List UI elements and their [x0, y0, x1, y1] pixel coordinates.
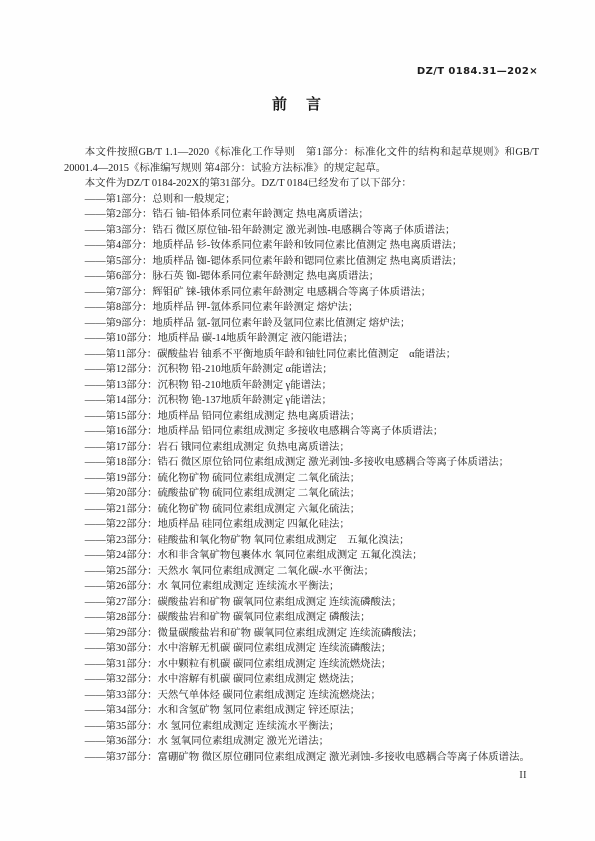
part-list-item: ——第23部分：硅酸盐和氧化物矿物 氧同位素组成测定 五氟化溴法； — [64, 533, 539, 549]
part-list-item: ——第24部分：水和非含氧矿物包裹体水 氧同位素组成测定 五氟化溴法； — [64, 548, 539, 564]
part-list-item: ——第5部分：地质样品 铷-锶体系同位素年龄和锶同位素比值测定 热电离质谱法； — [64, 254, 539, 270]
parts-list: ——第1部分：总则和一般规定；——第2部分：锆石 铀-铅体系同位素年龄测定 热电… — [64, 192, 539, 766]
part-list-item: ——第34部分：水和含氢矿物 氢同位素组成测定 锌还原法； — [64, 703, 539, 719]
part-list-item: ——第36部分：水 氢氧同位素组成测定 激光光谱法； — [64, 734, 539, 750]
part-list-item: ——第17部分：岩石 锇同位素组成测定 负热电离质谱法； — [64, 440, 539, 456]
part-list-item: ——第19部分：硫化物矿物 硫同位素组成测定 二氧化硫法； — [64, 471, 539, 487]
part-list-item: ——第8部分：地质样品 钾-氩体系同位素年龄测定 熔炉法； — [64, 300, 539, 316]
foreword-title: 前 言 — [0, 93, 595, 114]
part-list-item: ——第3部分：锆石 微区原位铀-铅年龄测定 激光剥蚀-电感耦合等离子体质谱法； — [64, 223, 539, 239]
standard-code-header: DZ/T 0184.31—202× — [417, 66, 538, 77]
part-list-item: ——第15部分：地质样品 铅同位素组成测定 热电离质谱法； — [64, 409, 539, 425]
part-list-item: ——第4部分：地质样品 钐-钕体系同位素年龄和钕同位素比值测定 热电离质谱法； — [64, 238, 539, 254]
part-list-item: ——第1部分：总则和一般规定； — [64, 192, 539, 208]
part-list-item: ——第29部分：微量碳酸盐岩和矿物 碳氧同位素组成测定 连续流磷酸法； — [64, 626, 539, 642]
document-page: DZ/T 0184.31—202× 前 言 本文件按照GB/T 1.1—2020… — [0, 0, 595, 841]
part-list-item: ——第30部分：水中溶解无机碳 碳同位素组成测定 连续流磷酸法； — [64, 641, 539, 657]
part-list-item: ——第26部分：水 氧同位素组成测定 连续流水平衡法； — [64, 579, 539, 595]
part-list-item: ——第11部分：碳酸盐岩 铀系不平衡地质年龄和铀钍同位素比值测定 α能谱法； — [64, 347, 539, 363]
part-list-item: ——第2部分：锆石 铀-铅体系同位素年龄测定 热电离质谱法； — [64, 207, 539, 223]
part-list-item: ——第33部分：天然气单体烃 碳同位素组成测定 连续流燃烧法； — [64, 688, 539, 704]
part-list-item: ——第10部分：地质样品 碳-14地质年龄测定 液闪能谱法； — [64, 331, 539, 347]
part-list-item: ——第14部分：沉积物 铯-137地质年龄测定 γ能谱法； — [64, 393, 539, 409]
foreword-content: 本文件按照GB/T 1.1—2020《标准化工作导则 第1部分：标准化文件的结构… — [64, 145, 539, 765]
part-list-item: ——第27部分：碳酸盐岩和矿物 碳氧同位素组成测定 连续流磷酸法； — [64, 595, 539, 611]
part-list-item: ——第13部分：沉积物 铅-210地质年龄测定 γ能谱法； — [64, 378, 539, 394]
part-list-item: ——第28部分：碳酸盐岩和矿物 碳氧同位素组成测定 磷酸法； — [64, 610, 539, 626]
part-list-item: ——第12部分：沉积物 铅-210地质年龄测定 α能谱法； — [64, 362, 539, 378]
part-list-item: ——第31部分：水中颗粒有机碳 碳同位素组成测定 连续流燃烧法； — [64, 657, 539, 673]
part-list-item: ——第7部分：辉钼矿 铼-锇体系同位素年龄测定 电感耦合等离子体质谱法； — [64, 285, 539, 301]
part-list-item: ——第35部分：水 氢同位素组成测定 连续流水平衡法； — [64, 719, 539, 735]
page-number: II — [519, 770, 527, 781]
part-list-item: ——第18部分：锆石 微区原位铪同位素组成测定 激光剥蚀-多接收电感耦合等离子体… — [64, 455, 539, 471]
part-list-item: ——第9部分：地质样品 氩-氩同位素年龄及氩同位素比值测定 熔炉法； — [64, 316, 539, 332]
part-list-item: ——第37部分：富硼矿物 微区原位硼同位素组成测定 激光剥蚀-多接收电感耦合等离… — [64, 750, 539, 766]
part-list-item: ——第25部分：天然水 氧同位素组成测定 二氧化碳-水平衡法； — [64, 564, 539, 580]
part-list-item: ——第20部分：硫酸盐矿物 硫同位素组成测定 二氧化硫法； — [64, 486, 539, 502]
part-list-item: ——第16部分：地质样品 铅同位素组成测定 多接收电感耦合等离子体质谱法； — [64, 424, 539, 440]
foreword-paragraph-part-statement: 本文件为DZ/T 0184-202X的第31部分。DZ/T 0184已经发布了以… — [64, 176, 539, 192]
foreword-paragraph-drafting-basis: 本文件按照GB/T 1.1—2020《标准化工作导则 第1部分：标准化文件的结构… — [64, 145, 539, 176]
part-list-item: ——第32部分：水中溶解有机碳 碳同位素组成测定 燃烧法； — [64, 672, 539, 688]
part-list-item: ——第6部分：脉石英 铷-锶体系同位素年龄测定 热电离质谱法； — [64, 269, 539, 285]
part-list-item: ——第22部分：地质样品 硅同位素组成测定 四氟化硅法； — [64, 517, 539, 533]
part-list-item: ——第21部分：硫化物矿物 硫同位素组成测定 六氟化硫法； — [64, 502, 539, 518]
